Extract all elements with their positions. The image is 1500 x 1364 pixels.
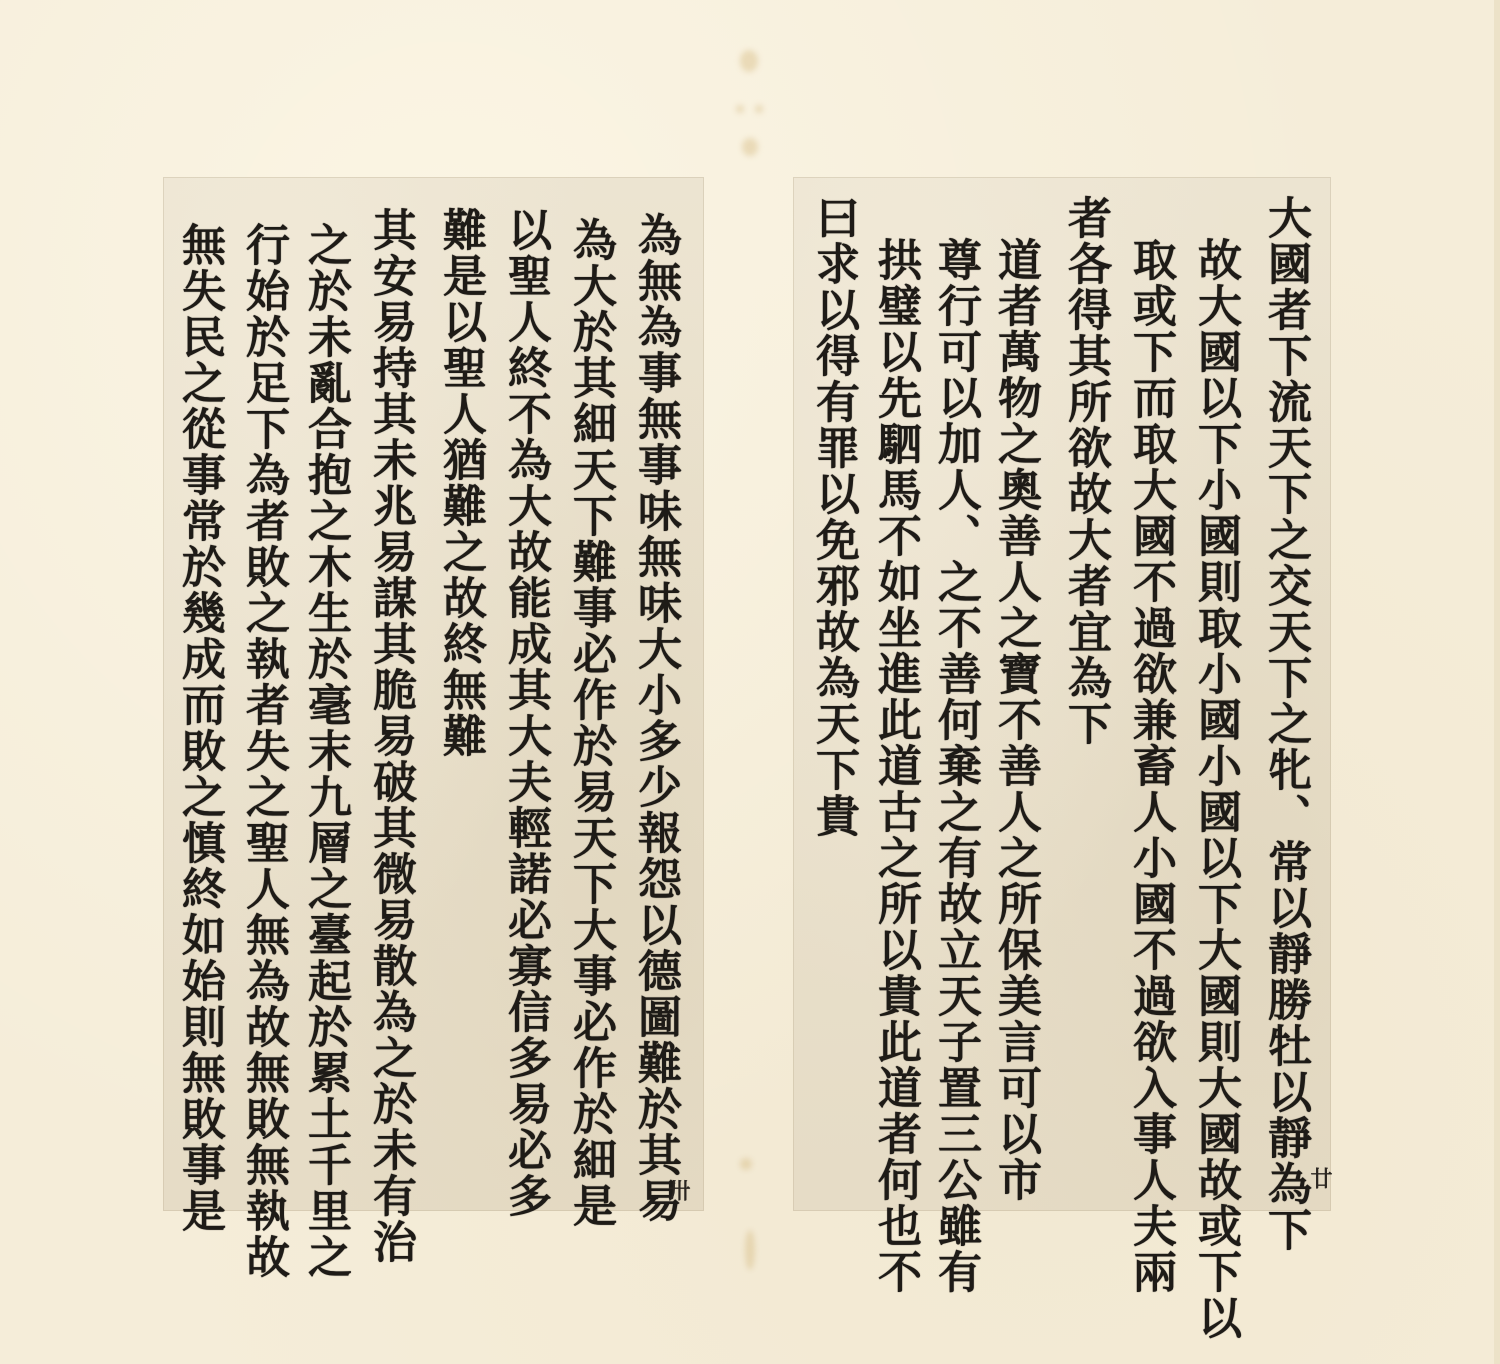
text-column: 行始於足下為者敗之執者失之聖人無為故無敗無執故 xyxy=(241,222,285,1280)
text-column: 道者萬物之奧善人之寶不善人之所保美言可以市 xyxy=(993,237,1037,1203)
text-column: 其安易持其未兆易謀其脆易破其微易散為之於未有治 xyxy=(368,207,412,1265)
text-column: 以聖人終不為大故能成其大夫輕諾必寡信多易必多 xyxy=(503,207,547,1219)
text-column: 尊行可以加人、之不善何棄之有故立天子置三公雖有 xyxy=(933,237,977,1295)
foxing-stain xyxy=(755,105,763,113)
text-column: 為無為事無事味無味大小多少報怨以德圖難於其易 xyxy=(633,212,677,1224)
right-page: 大國者下流天下之交天下之牝、常以靜勝牡以靜為下 故大國以下小國則取小國小國以下大… xyxy=(793,177,1331,1211)
text-column: 者各得其所欲故大者宜為下 xyxy=(1063,195,1107,747)
foxing-stain xyxy=(745,1230,755,1270)
text-column: 之於未亂合抱之木生於毫末九層之臺起於累土千里之 xyxy=(303,222,347,1280)
text-column: 為大於其細天下難事必作於易天下大事必作於細是 xyxy=(568,217,612,1229)
foxing-stain xyxy=(740,50,758,72)
text-column: 曰求以得有罪以免邪故為天下貴 xyxy=(811,195,855,839)
text-column: 難是以聖人猶難之故終無難 xyxy=(438,207,482,759)
foxing-stain xyxy=(740,1158,752,1170)
foxing-stain xyxy=(742,138,758,156)
folio-number: 卅 xyxy=(663,1179,694,1201)
text-column: 取或下而取大國不過欲兼畜人小國不過欲入事人夫兩 xyxy=(1128,237,1172,1295)
text-column: 大國者下流天下之交天下之牝、常以靜勝牡以靜為下 xyxy=(1263,195,1307,1253)
folio-number: 廿 xyxy=(1305,1167,1336,1189)
text-column: 拱璧以先駟馬不如坐進此道古之所以貴此道者何也不 xyxy=(873,237,917,1295)
left-page: 為無為事無事味無味大小多少報怨以德圖難於其易 為大於其細天下難事必作於易天下大事… xyxy=(163,177,704,1211)
foxing-stain xyxy=(736,105,744,113)
text-column: 故大國以下小國則取小國小國以下大國則大國故或下以 xyxy=(1193,237,1237,1341)
text-column: 無失民之從事常於幾成而敗之慎終如始則無敗事是 xyxy=(177,222,221,1234)
